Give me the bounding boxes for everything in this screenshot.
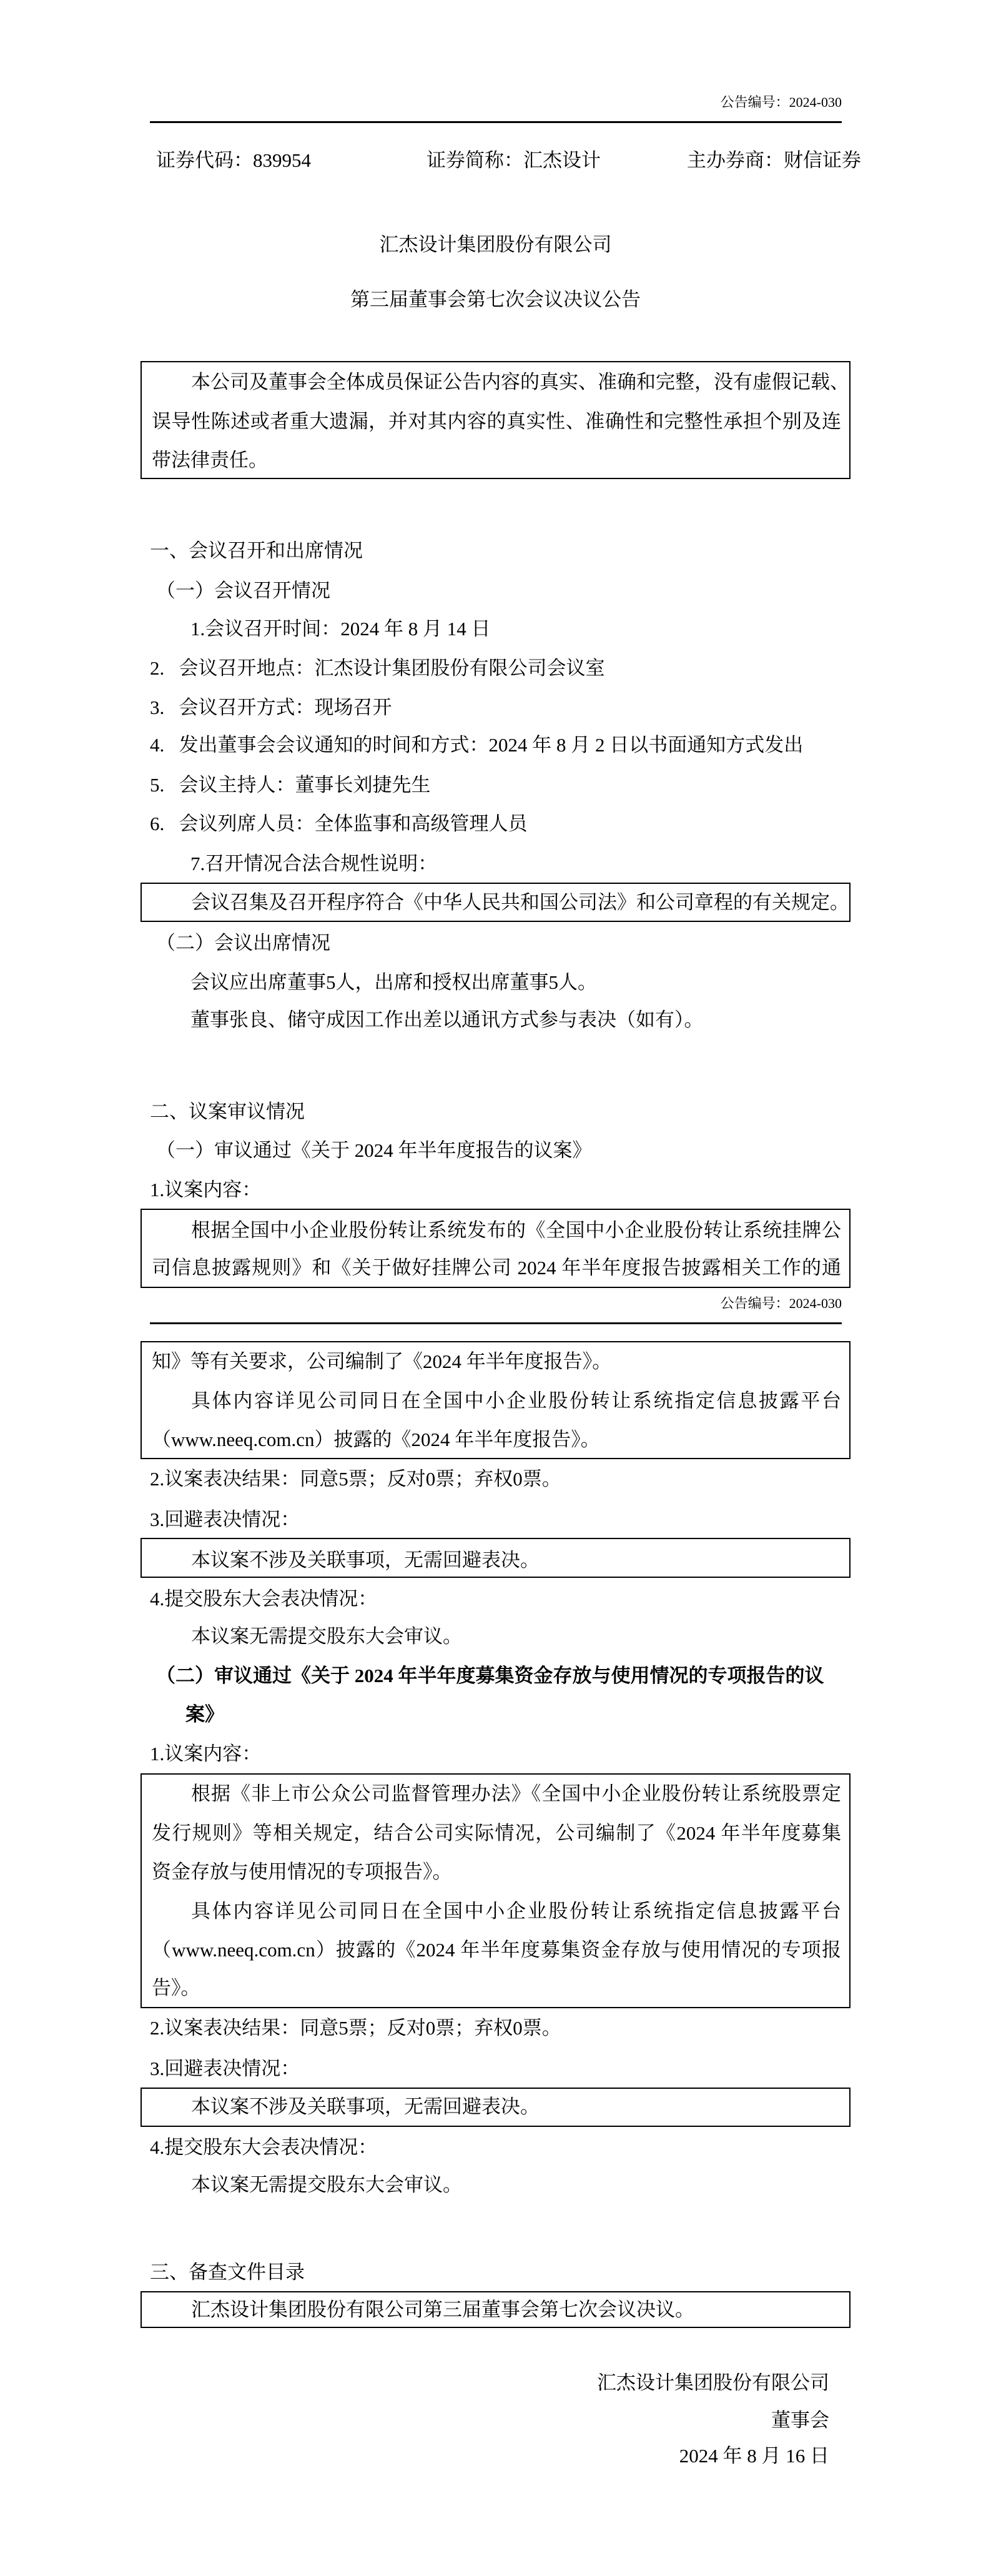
motion2-content-line: 根据《非上市公众公司监督管理办法》《全国中小企业股份转让系统股票定 <box>191 1781 841 1806</box>
meeting-method: 3. 会议召开方式：现场召开 <box>150 695 392 720</box>
motion1-content-line: 知》等有关要求，公司编制了《2024 年半年度报告》。 <box>152 1349 611 1374</box>
stock-code: 证券代码：839954 <box>156 148 311 173</box>
motion2-recusal-text: 本议案不涉及关联事项，无需回避表决。 <box>191 2094 540 2119</box>
motion1-content-label: 1.议案内容： <box>150 1177 261 1202</box>
motion1-content-line: （www.neeq.com.cn）披露的《2024 年半年度报告》。 <box>152 1427 600 1452</box>
motion2-vote-result: 2.议案表决结果：同意5票；反对0票；弃权0票。 <box>150 2016 561 2041</box>
motion1-shareholder-text: 本议案无需提交股东大会审议。 <box>191 1624 462 1649</box>
section3-document: 汇杰设计集团股份有限公司第三届董事会第七次会议决议。 <box>191 2297 694 2322</box>
motion2-content-line: 告》。 <box>152 1976 200 2001</box>
motion2-content-label: 1.议案内容： <box>150 1741 261 1766</box>
motion2-heading-continued: 案》 <box>185 1702 224 1727</box>
motion2-content-line: 具体内容详见公司同日在全国中小企业股份转让系统指定信息披露平台 <box>191 1899 841 1924</box>
motion1-content-line: 根据全国中小企业股份转让系统发布的《全国中小企业股份转让系统挂牌公 <box>191 1218 841 1243</box>
signature-company: 汇杰设计集团股份有限公司 <box>437 2370 829 2395</box>
meeting-host: 5. 会议主持人：董事长刘捷先生 <box>150 773 431 798</box>
announcement-number: 公告编号：2024-030 <box>150 94 842 111</box>
motion2-content-line: 资金存放与使用情况的专项报告》。 <box>152 1860 452 1885</box>
motion2-content-box <box>141 1773 850 2008</box>
motion1-recusal-text: 本议案不涉及关联事项，无需回避表决。 <box>191 1548 540 1573</box>
announcement-number: 公告编号：2024-030 <box>150 1295 842 1312</box>
meeting-notice: 4. 发出董事会会议通知的时间和方式：2024 年 8 月 2 日以书面通知方式… <box>150 733 803 758</box>
disclaimer-line: 带法律责任。 <box>152 448 268 473</box>
motion2-recusal-label: 3.回避表决情况： <box>150 2056 300 2081</box>
header-rule <box>150 121 842 123</box>
motion1-shareholder-label: 4.提交股东大会表决情况： <box>150 1587 377 1612</box>
attendance-line: 会议应出席董事5人，出席和授权出席董事5人。 <box>190 970 597 995</box>
header-rule <box>150 1322 842 1324</box>
section1-sub1-heading: （一）会议召开情况 <box>156 578 330 603</box>
motion2-shareholder-label: 4.提交股东大会表决情况： <box>150 2135 377 2160</box>
legality-label: 7.召开情况合法合规性说明： <box>190 851 437 876</box>
meeting-time: 1.会议召开时间：2024 年 8 月 14 日 <box>190 617 491 642</box>
meeting-location: 2. 会议召开地点：汇杰设计集团股份有限公司会议室 <box>150 656 605 681</box>
motion2-content-line: （www.neeq.com.cn）披露的《2024 年半年度募集资金存放与使用情… <box>152 1938 841 1963</box>
section1-sub2-heading: （二）会议出席情况 <box>156 931 330 956</box>
sponsor-broker: 主办券商：财信证券 <box>687 148 861 173</box>
section3-heading: 三、备查文件目录 <box>150 2260 305 2285</box>
motion2-content-line: 发行规则》等相关规定，结合公司实际情况，公司编制了《2024 年半年度募集 <box>152 1821 841 1846</box>
disclaimer-line: 本公司及董事会全体成员保证公告内容的真实、准确和完整，没有虚假记载、 <box>191 370 841 395</box>
motion1-heading: （一）审议通过《关于 2024 年半年度报告的议案》 <box>156 1138 592 1163</box>
meeting-attendees: 6. 会议列席人员：全体监事和高级管理人员 <box>150 811 528 836</box>
signature-date: 2024 年 8 月 16 日 <box>437 2444 829 2469</box>
attendance-line: 董事张良、储守成因工作出差以通讯方式参与表决（如有）。 <box>190 1008 704 1033</box>
motion1-vote-result: 2.议案表决结果：同意5票；反对0票；弃权0票。 <box>150 1467 561 1492</box>
section2-heading: 二、议案审议情况 <box>150 1099 305 1124</box>
legality-text: 会议召集及召开程序符合《中华人民共和国公司法》和公司章程的有关规定。 <box>191 890 849 915</box>
announcement-title: 第三届董事会第七次会议决议公告 <box>0 287 991 312</box>
motion1-content-line: 司信息披露规则》和《关于做好挂牌公司 2024 年半年度报告披露相关工作的通 <box>152 1256 841 1281</box>
motion1-recusal-label: 3.回避表决情况： <box>150 1507 300 1532</box>
company-title: 汇杰设计集团股份有限公司 <box>0 232 991 257</box>
disclaimer-line: 误导性陈述或者重大遗漏，并对其内容的真实性、准确性和完整性承担个别及连 <box>152 409 841 434</box>
signature-board: 董事会 <box>437 2408 829 2433</box>
motion2-heading: （二）审议通过《关于 2024 年半年度募集资金存放与使用情况的专项报告的议 <box>156 1663 824 1688</box>
section1-heading: 一、会议召开和出席情况 <box>150 538 363 563</box>
motion2-shareholder-text: 本议案无需提交股东大会审议。 <box>191 2172 462 2197</box>
stock-short-name: 证券简称：汇杰设计 <box>426 148 601 173</box>
motion1-content-line: 具体内容详见公司同日在全国中小企业股份转让系统指定信息披露平台 <box>191 1389 841 1414</box>
